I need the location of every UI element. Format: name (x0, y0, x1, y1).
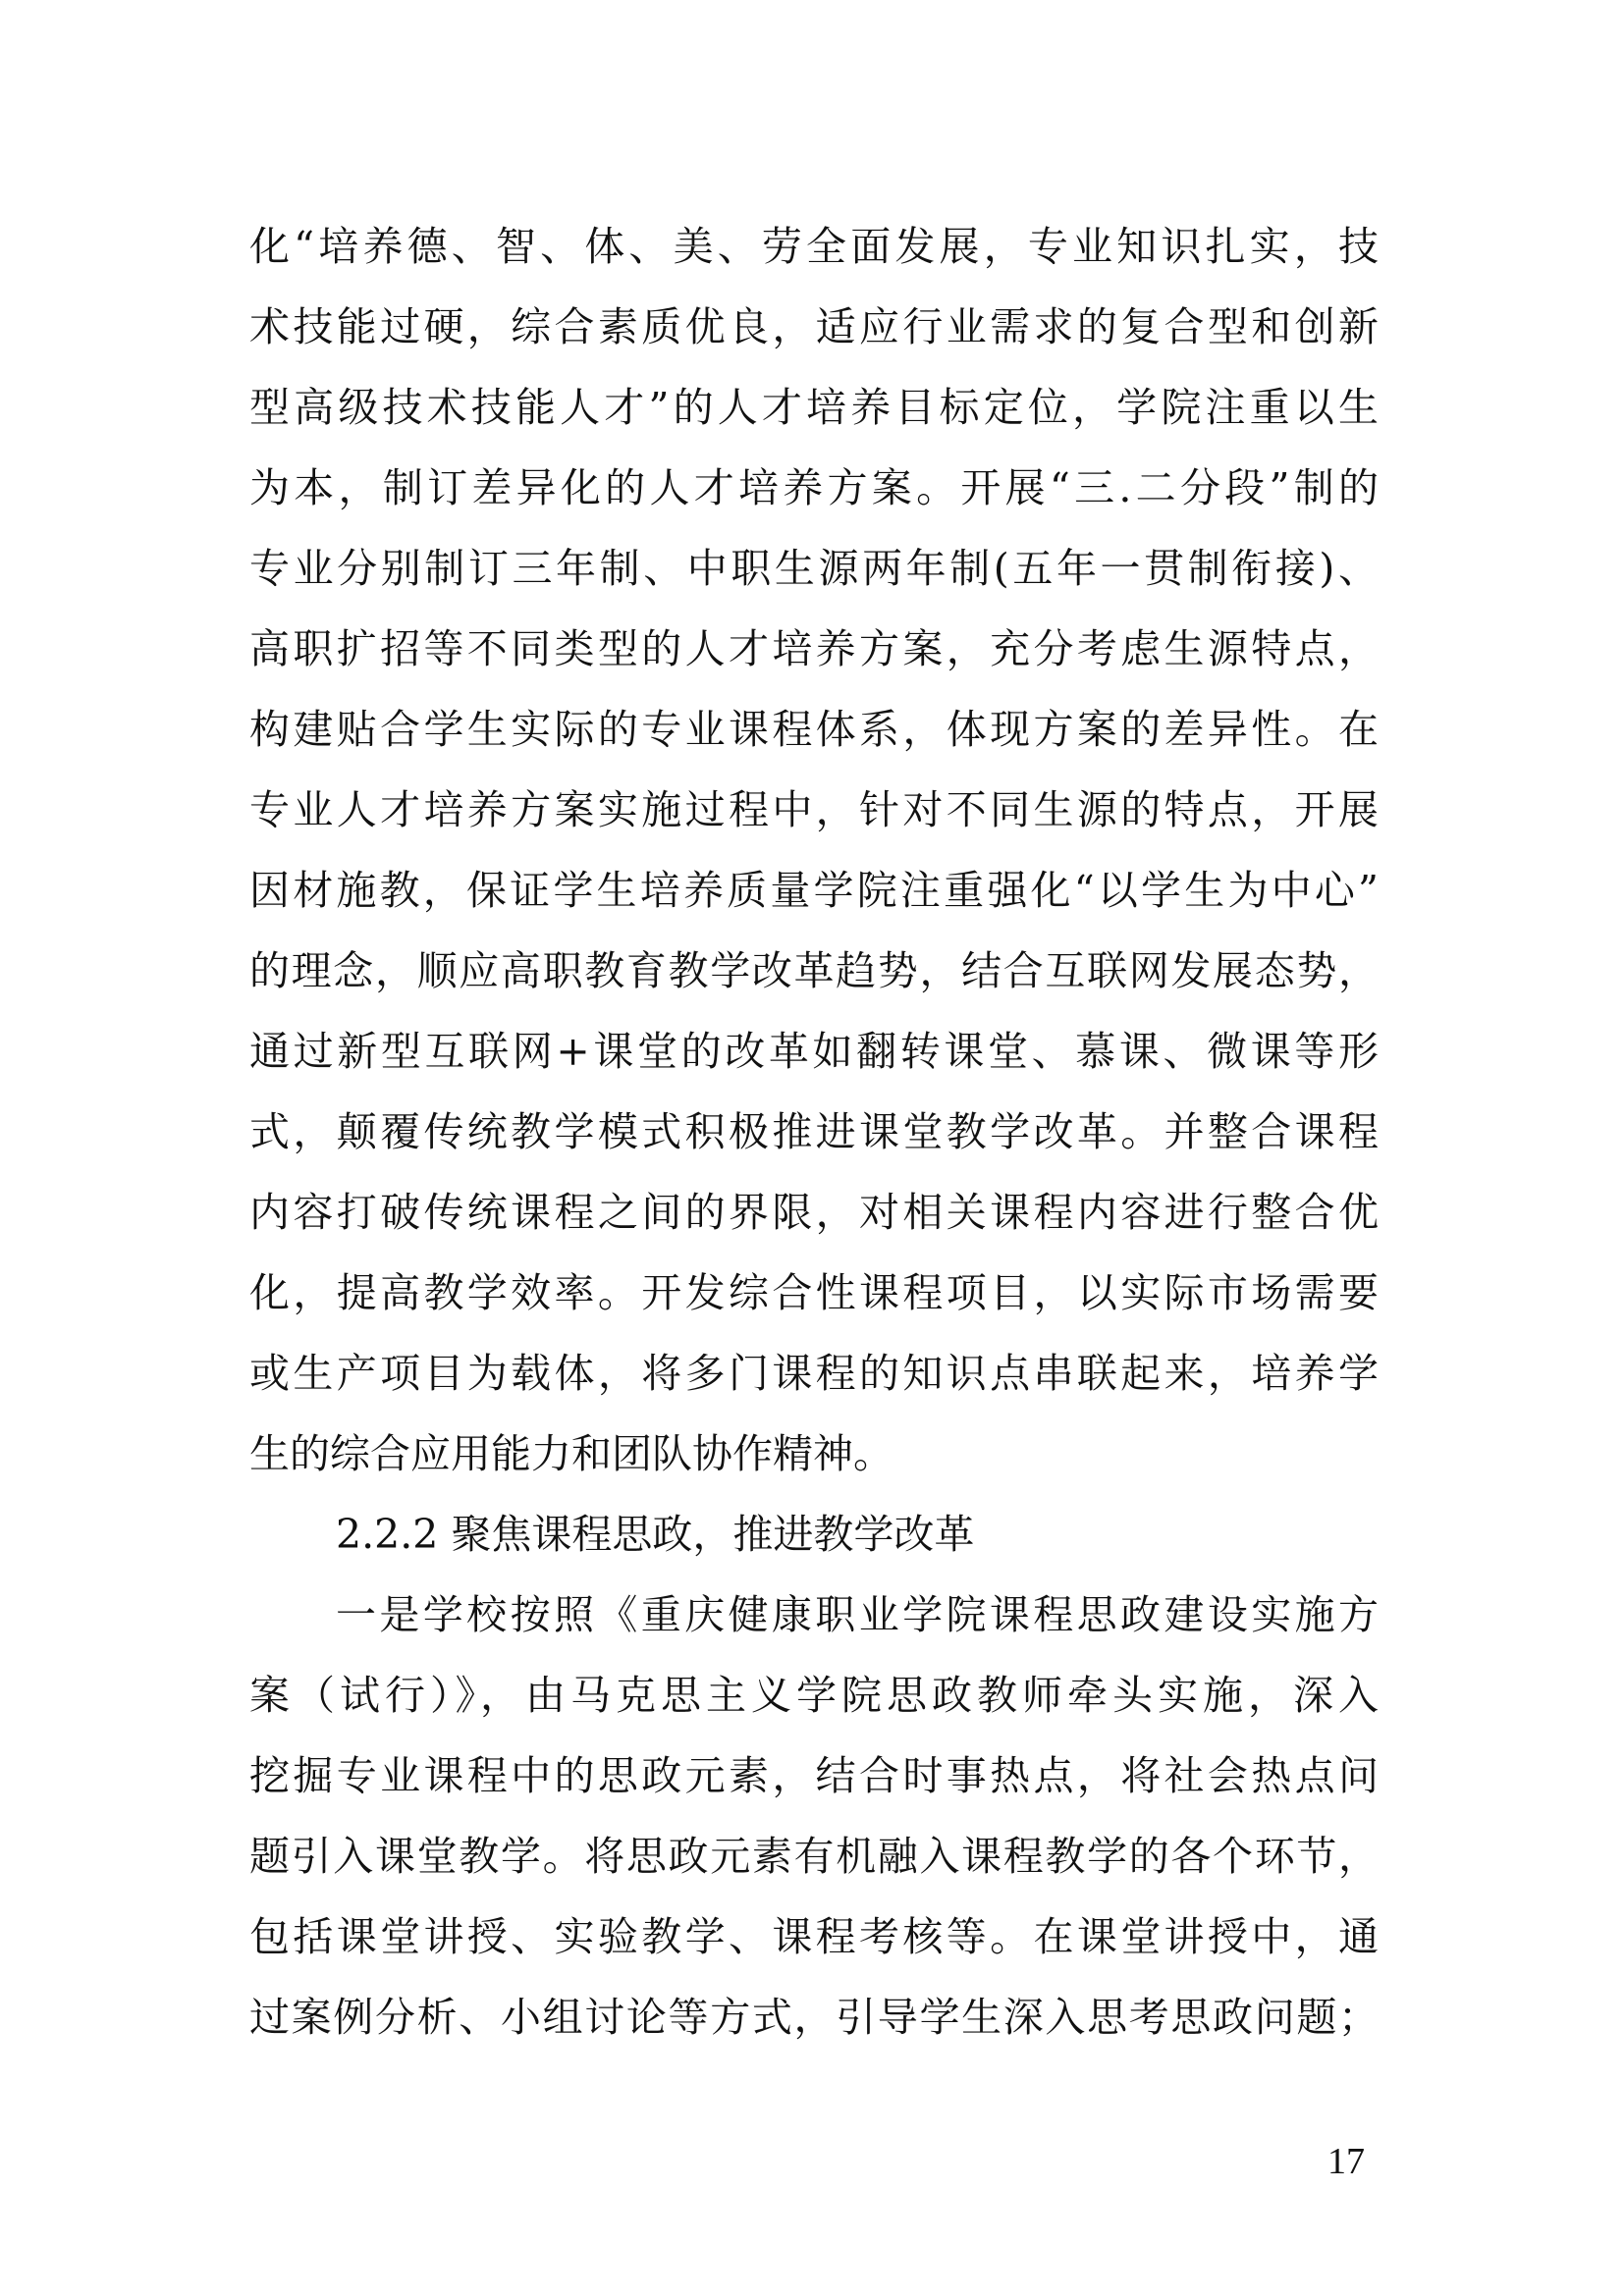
document-page: 化“培养德、智、体、美、劳全面发展，专业知识扎实，技 术技能过硬，综合素质优良，… (0, 0, 1624, 2296)
text-line: 包括课堂讲授、实验教学、课程考核等。在课堂讲授中，通 (249, 1896, 1379, 1977)
text-line: 为本，制订差异化的人才培养方案。开展“三.二分段”制的 (249, 448, 1379, 528)
paragraph-2: 一是学校按照《重庆健康职业学院课程思政建设实施方 案（试行）》，由马克思主义学院… (249, 1575, 1379, 2057)
text-line: 专业人才培养方案实施过程中，针对不同生源的特点，开展 (249, 770, 1379, 850)
text-line: 化“培养德、智、体、美、劳全面发展，专业知识扎实，技 (249, 206, 1379, 287)
section-heading: 2.2.2 聚焦课程思政，推进教学改革 (249, 1494, 1379, 1575)
text-line: 式，颠覆传统教学模式积极推进课堂教学改革。并整合课程 (249, 1092, 1379, 1172)
paragraph-1: 化“培养德、智、体、美、劳全面发展，专业知识扎实，技 术技能过硬，综合素质优良，… (249, 206, 1379, 1494)
page-number: 17 (1327, 2140, 1365, 2183)
text-line: 内容打破传统课程之间的界限，对相关课程内容进行整合优 (249, 1172, 1379, 1253)
text-line: 挖掘专业课程中的思政元素，结合时事热点，将社会热点问 (249, 1735, 1379, 1816)
text-line: 案（试行）》，由马克思主义学院思政教师牵头实施，深入 (249, 1655, 1379, 1735)
text-line: 题引入课堂教学。将思政元素有机融入课程教学的各个环节， (249, 1816, 1379, 1896)
text-line: 通过新型互联网+课堂的改革如翻转课堂、慕课、微课等形 (249, 1011, 1379, 1092)
text-line: 构建贴合学生实际的专业课程体系，体现方案的差异性。在 (249, 689, 1379, 770)
text-line: 过案例分析、小组讨论等方式，引导学生深入思考思政问题； (249, 1977, 1379, 2057)
text-line: 或生产项目为载体，将多门课程的知识点串联起来，培养学 (249, 1333, 1379, 1414)
text-line: 型高级技术技能人才”的人才培养目标定位，学院注重以生 (249, 367, 1379, 448)
text-line: 专业分别制订三年制、中职生源两年制(五年一贯制衔接)、 (249, 528, 1379, 609)
text-line: 化，提高教学效率。开发综合性课程项目，以实际市场需要 (249, 1253, 1379, 1333)
text-line: 的理念，顺应高职教育教学改革趋势，结合互联网发展态势， (249, 931, 1379, 1011)
text-line: 高职扩招等不同类型的人才培养方案，充分考虑生源特点， (249, 609, 1379, 689)
text-line: 术技能过硬，综合素质优良，适应行业需求的复合型和创新 (249, 287, 1379, 367)
text-line: 生的综合应用能力和团队协作精神。 (249, 1414, 1379, 1494)
text-line: 一是学校按照《重庆健康职业学院课程思政建设实施方 (249, 1575, 1379, 1655)
text-line: 因材施教，保证学生培养质量学院注重强化“以学生为中心” (249, 850, 1379, 931)
body-text: 化“培养德、智、体、美、劳全面发展，专业知识扎实，技 术技能过硬，综合素质优良，… (249, 206, 1379, 2057)
